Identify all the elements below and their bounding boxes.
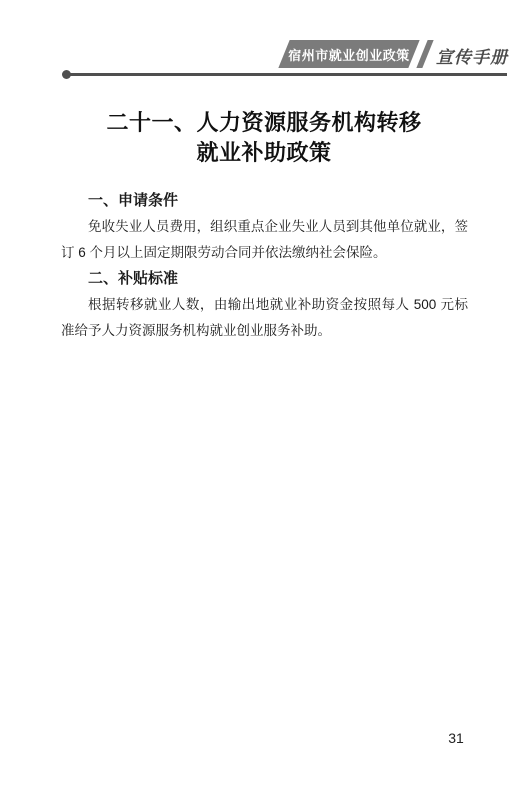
section-paragraph: 免收失业人员费用，组织重点企业失业人员到其他单位就业，签订 6 个月以上固定期限… [61,214,468,266]
content-area: 一、申请条件 免收失业人员费用，组织重点企业失业人员到其他单位就业，签订 6 个… [61,188,468,344]
chapter-title: 二十一、人力资源服务机构转移 就业补助政策 [0,108,528,168]
banner-title: 宿州市就业创业政策 [288,45,410,64]
banner-slash-decoration [416,40,433,68]
chapter-title-line1: 二十一、人力资源服务机构转移 [106,110,421,135]
section-paragraph: 根据转移就业人数，由输出地就业补助资金按照每人 500 元标准给予人力资源服务机… [61,292,468,344]
section-heading: 一、申请条件 [61,188,468,214]
chapter-title-line2: 就业补助政策 [196,140,331,165]
header-banner: 宿州市就业创业政策 [284,40,414,68]
handbook-title: 宣传手册 [436,43,508,68]
page-number: 31 [442,730,470,746]
header-rule-line [66,73,507,76]
document-page: 宿州市就业创业政策 宣传手册 二十一、人力资源服务机构转移 就业补助政策 一、申… [0,0,528,793]
section-heading: 二、补贴标准 [61,266,468,292]
